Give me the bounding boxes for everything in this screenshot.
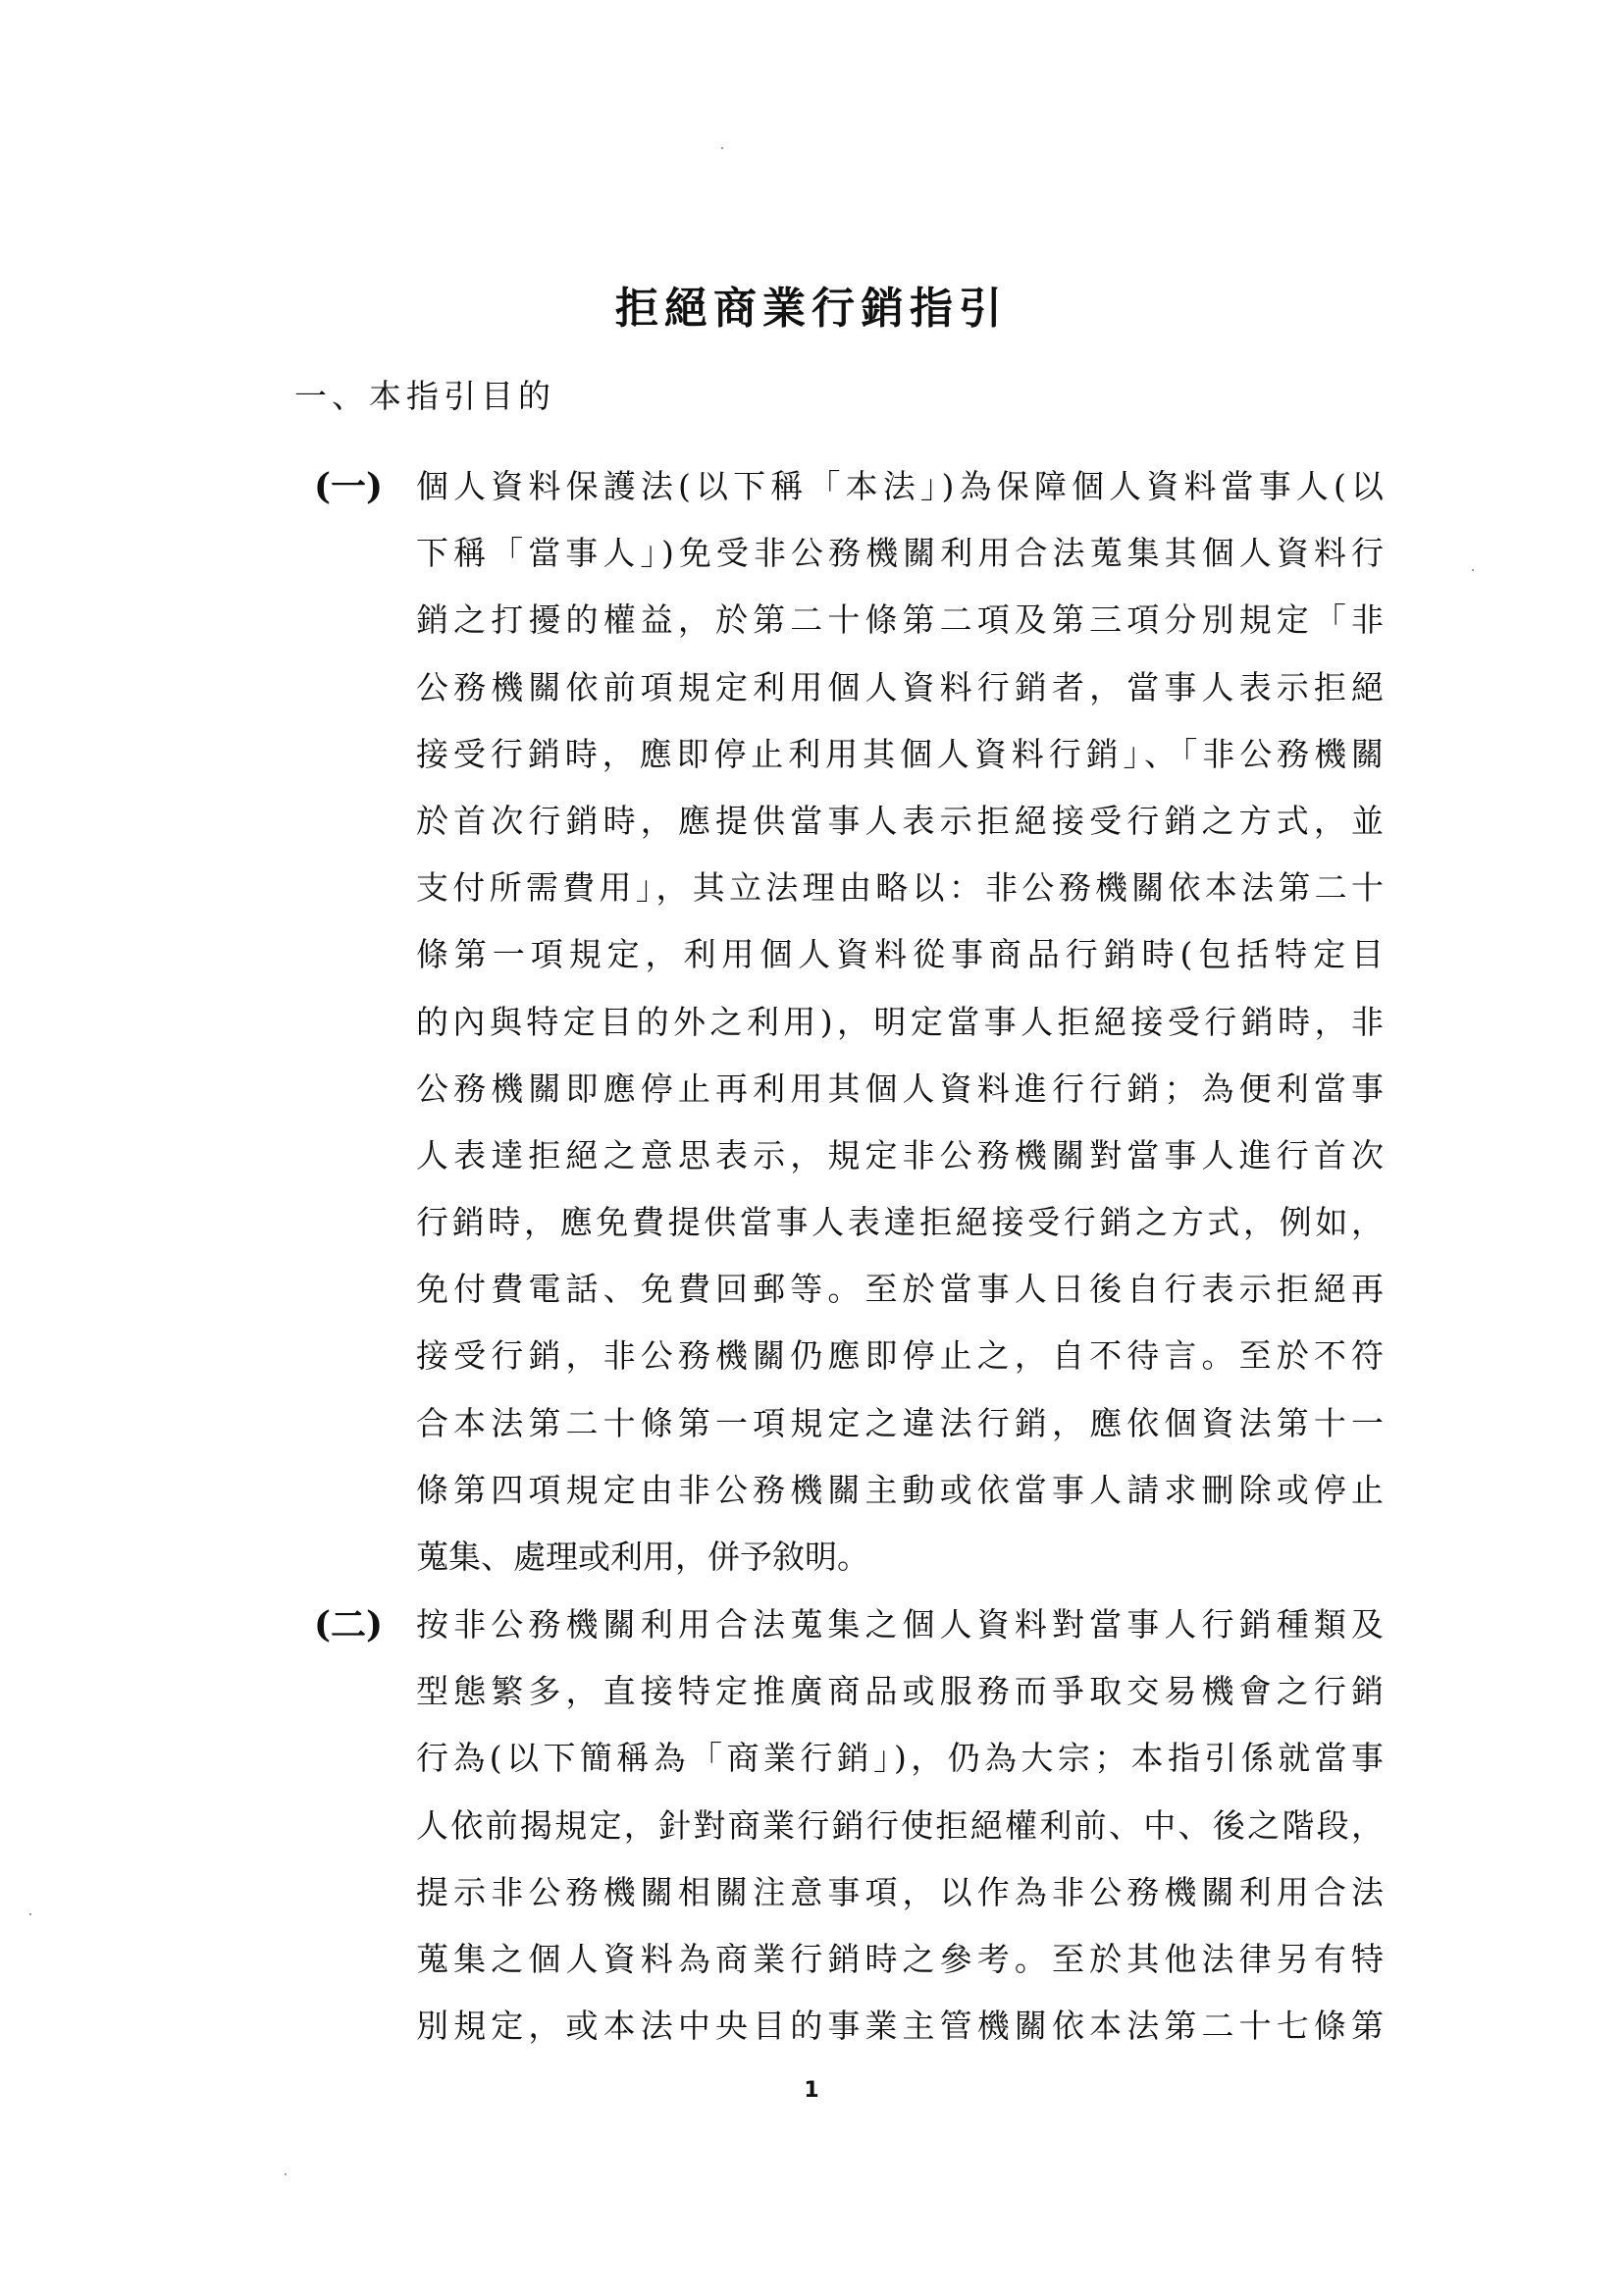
item-marker: (一) xyxy=(314,453,383,520)
paragraph-line: 蒐集、處理或利用，併予敘明。 xyxy=(416,1524,1384,1591)
paragraph-line: 個人資料保護法(以下稱「本法」)為保障個人資料當事人(以 xyxy=(416,453,1384,520)
scan-speck xyxy=(1472,569,1474,571)
page-number: 1 xyxy=(0,2078,1623,2103)
paragraph-line: 提示非公務機關相關注意事項，以作為非公務機關利用合法 xyxy=(416,1859,1384,1926)
paragraph-line: 免付費電話、免費回郵等。至於當事人日後自行表示拒絕再 xyxy=(416,1256,1384,1323)
paragraph-line: 蒐集之個人資料為商業行銷時之參考。至於其他法律另有特 xyxy=(416,1926,1384,1993)
paragraph-line: 接受行銷，非公務機關仍應即停止之，自不待言。至於不符 xyxy=(416,1323,1384,1389)
paragraph-line: 接受行銷時，應即停止利用其個人資料行銷」、「非公務機關 xyxy=(416,721,1384,788)
paragraph-line: 條第一項規定，利用個人資料從事商品行銷時(包括特定目 xyxy=(416,921,1384,988)
paragraph-line: 行為(以下簡稱為「商業行銷」)，仍為大宗；本指引係就當事 xyxy=(416,1725,1384,1792)
paragraph-line: 人依前揭規定，針對商業行銷行使拒絕權利前、中、後之階段， xyxy=(416,1793,1384,1859)
item-paragraph: 個人資料保護法(以下稱「本法」)為保障個人資料當事人(以 下稱「當事人」)免受非… xyxy=(416,453,1384,1591)
document-title: 拒絕商業行銷指引 xyxy=(0,273,1623,336)
paragraph-line: 行銷時，應免費提供當事人表達拒絕接受行銷之方式，例如， xyxy=(416,1189,1384,1256)
paragraph-line: 型態繁多，直接特定推廣商品或服務而爭取交易機會之行銷 xyxy=(416,1658,1384,1725)
section-heading: 一、本指引目的 xyxy=(294,371,555,417)
paragraph-line: 按非公務機關利用合法蒐集之個人資料對當事人行銷種類及 xyxy=(416,1592,1384,1658)
item-paragraph: 按非公務機關利用合法蒐集之個人資料對當事人行銷種類及 型態繁多，直接特定推廣商品… xyxy=(416,1592,1384,2060)
paragraph-line: 人表達拒絕之意思表示，規定非公務機關對當事人進行首次 xyxy=(416,1122,1384,1189)
scan-speck xyxy=(29,1913,31,1915)
paragraph-line: 支付所需費用」，其立法理由略以：非公務機關依本法第二十 xyxy=(416,855,1384,921)
item-marker: (二) xyxy=(314,1592,383,1658)
scan-speck xyxy=(721,147,723,149)
paragraph-line: 條第四項規定由非公務機關主動或依當事人請求刪除或停止 xyxy=(416,1457,1384,1524)
paragraph-line: 銷之打擾的權益，於第二十條第二項及第三項分別規定「非 xyxy=(416,587,1384,653)
paragraph-line: 公務機關依前項規定利用個人資料行銷者，當事人表示拒絕 xyxy=(416,654,1384,721)
paragraph-line: 公務機關即應停止再利用其個人資料進行行銷；為便利當事 xyxy=(416,1056,1384,1122)
document-page: 拒絕商業行銷指引 一、本指引目的 (一) 個人資料保護法(以下稱「本法」)為保障… xyxy=(0,0,1623,2296)
paragraph-line: 合本法第二十條第一項規定之違法行銷，應依個資法第十一 xyxy=(416,1390,1384,1457)
paragraph-line: 別規定，或本法中央目的事業主管機關依本法第二十七條第 xyxy=(416,1993,1384,2060)
paragraph-line: 於首次行銷時，應提供當事人表示拒絕接受行銷之方式，並 xyxy=(416,788,1384,855)
paragraph-line: 下稱「當事人」)免受非公務機關利用合法蒐集其個人資料行 xyxy=(416,520,1384,587)
paragraph-line: 的內與特定目的外之利用)，明定當事人拒絕接受行銷時，非 xyxy=(416,989,1384,1056)
scan-speck xyxy=(285,2173,287,2175)
